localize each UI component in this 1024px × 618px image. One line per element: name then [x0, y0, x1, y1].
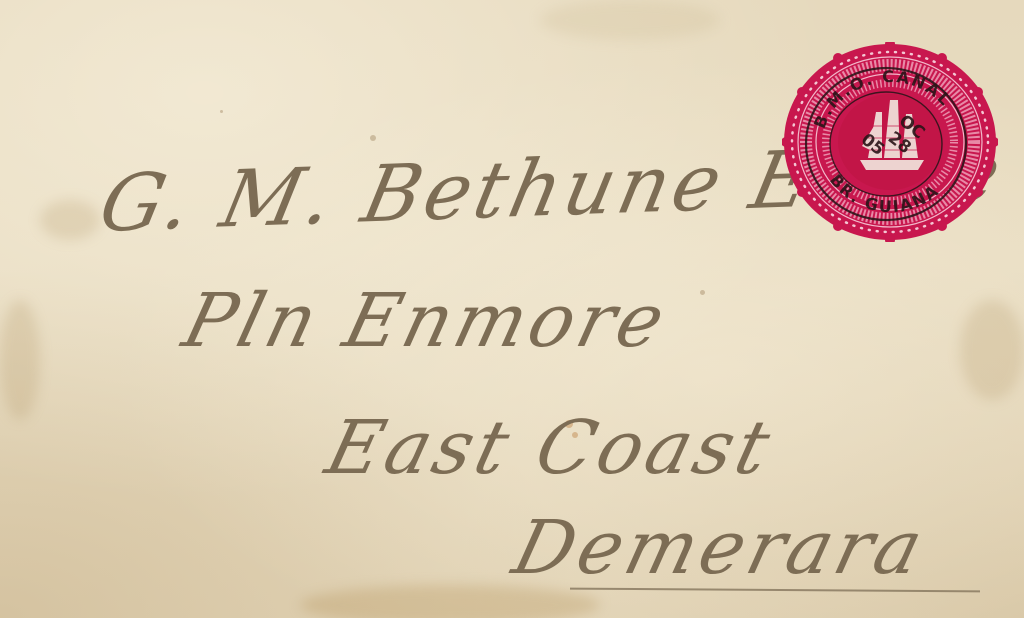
stain	[540, 0, 720, 40]
postage-stamp: B.M.O. CANAL BR. GUIANA OC 28 05	[782, 42, 998, 242]
address-line-county: Demerara	[505, 505, 935, 591]
foxing-spot	[700, 290, 705, 295]
envelope: G. M. Bethune Esqre Pln Enmore East Coas…	[0, 0, 1024, 618]
stain	[960, 300, 1024, 400]
foxing-spot	[220, 110, 223, 113]
ship-stamp-icon: B.M.O. CANAL BR. GUIANA OC 28 05	[782, 42, 998, 242]
address-line-coast: East Coast	[318, 405, 782, 491]
stain	[0, 300, 40, 420]
address-underline	[570, 588, 980, 593]
stain	[40, 200, 100, 240]
foxing-spot	[370, 135, 376, 141]
address-line-plantation: Pln Enmore	[175, 278, 677, 364]
